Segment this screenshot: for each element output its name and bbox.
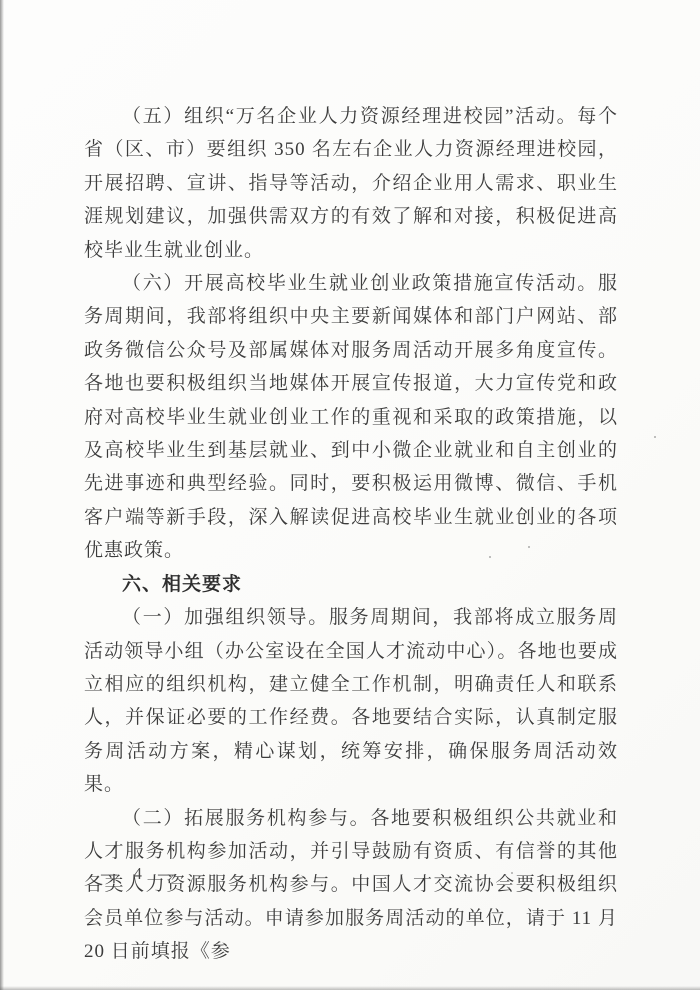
page-number: — 4 — — [101, 864, 176, 884]
scan-speck — [528, 546, 530, 548]
scan-edge-bottom — [0, 986, 700, 990]
paragraph-item-5: （五）组织“万名企业人力资源经理进校园”活动。每个省（区、市）要组织 350 名… — [84, 100, 618, 267]
paragraph-requirement-2: （二）拓展服务机构参与。各地要积极组织公共就业和人才服务机构参加活动，并引导鼓励… — [84, 802, 618, 969]
scan-speck — [654, 436, 656, 438]
paragraph-item-6: （六）开展高校毕业生就业创业政策措施宣传活动。服务周期间，我部将组织中央主要新闻… — [84, 267, 618, 568]
scan-speck — [511, 872, 513, 874]
document-text-block: （五）组织“万名企业人力资源经理进校园”活动。每个省（区、市）要组织 350 名… — [84, 100, 618, 969]
scan-speck — [508, 887, 510, 889]
document-page: （五）组织“万名企业人力资源经理进校园”活动。每个省（区、市）要组织 350 名… — [0, 0, 700, 990]
section-heading: 六、相关要求 — [84, 568, 618, 601]
scan-speck — [489, 556, 491, 558]
scan-edge-left — [0, 0, 4, 990]
paragraph-requirement-1: （一）加强组织领导。服务周期间，我部将成立服务周活动领导小组（办公室设在全国人才… — [84, 601, 618, 801]
